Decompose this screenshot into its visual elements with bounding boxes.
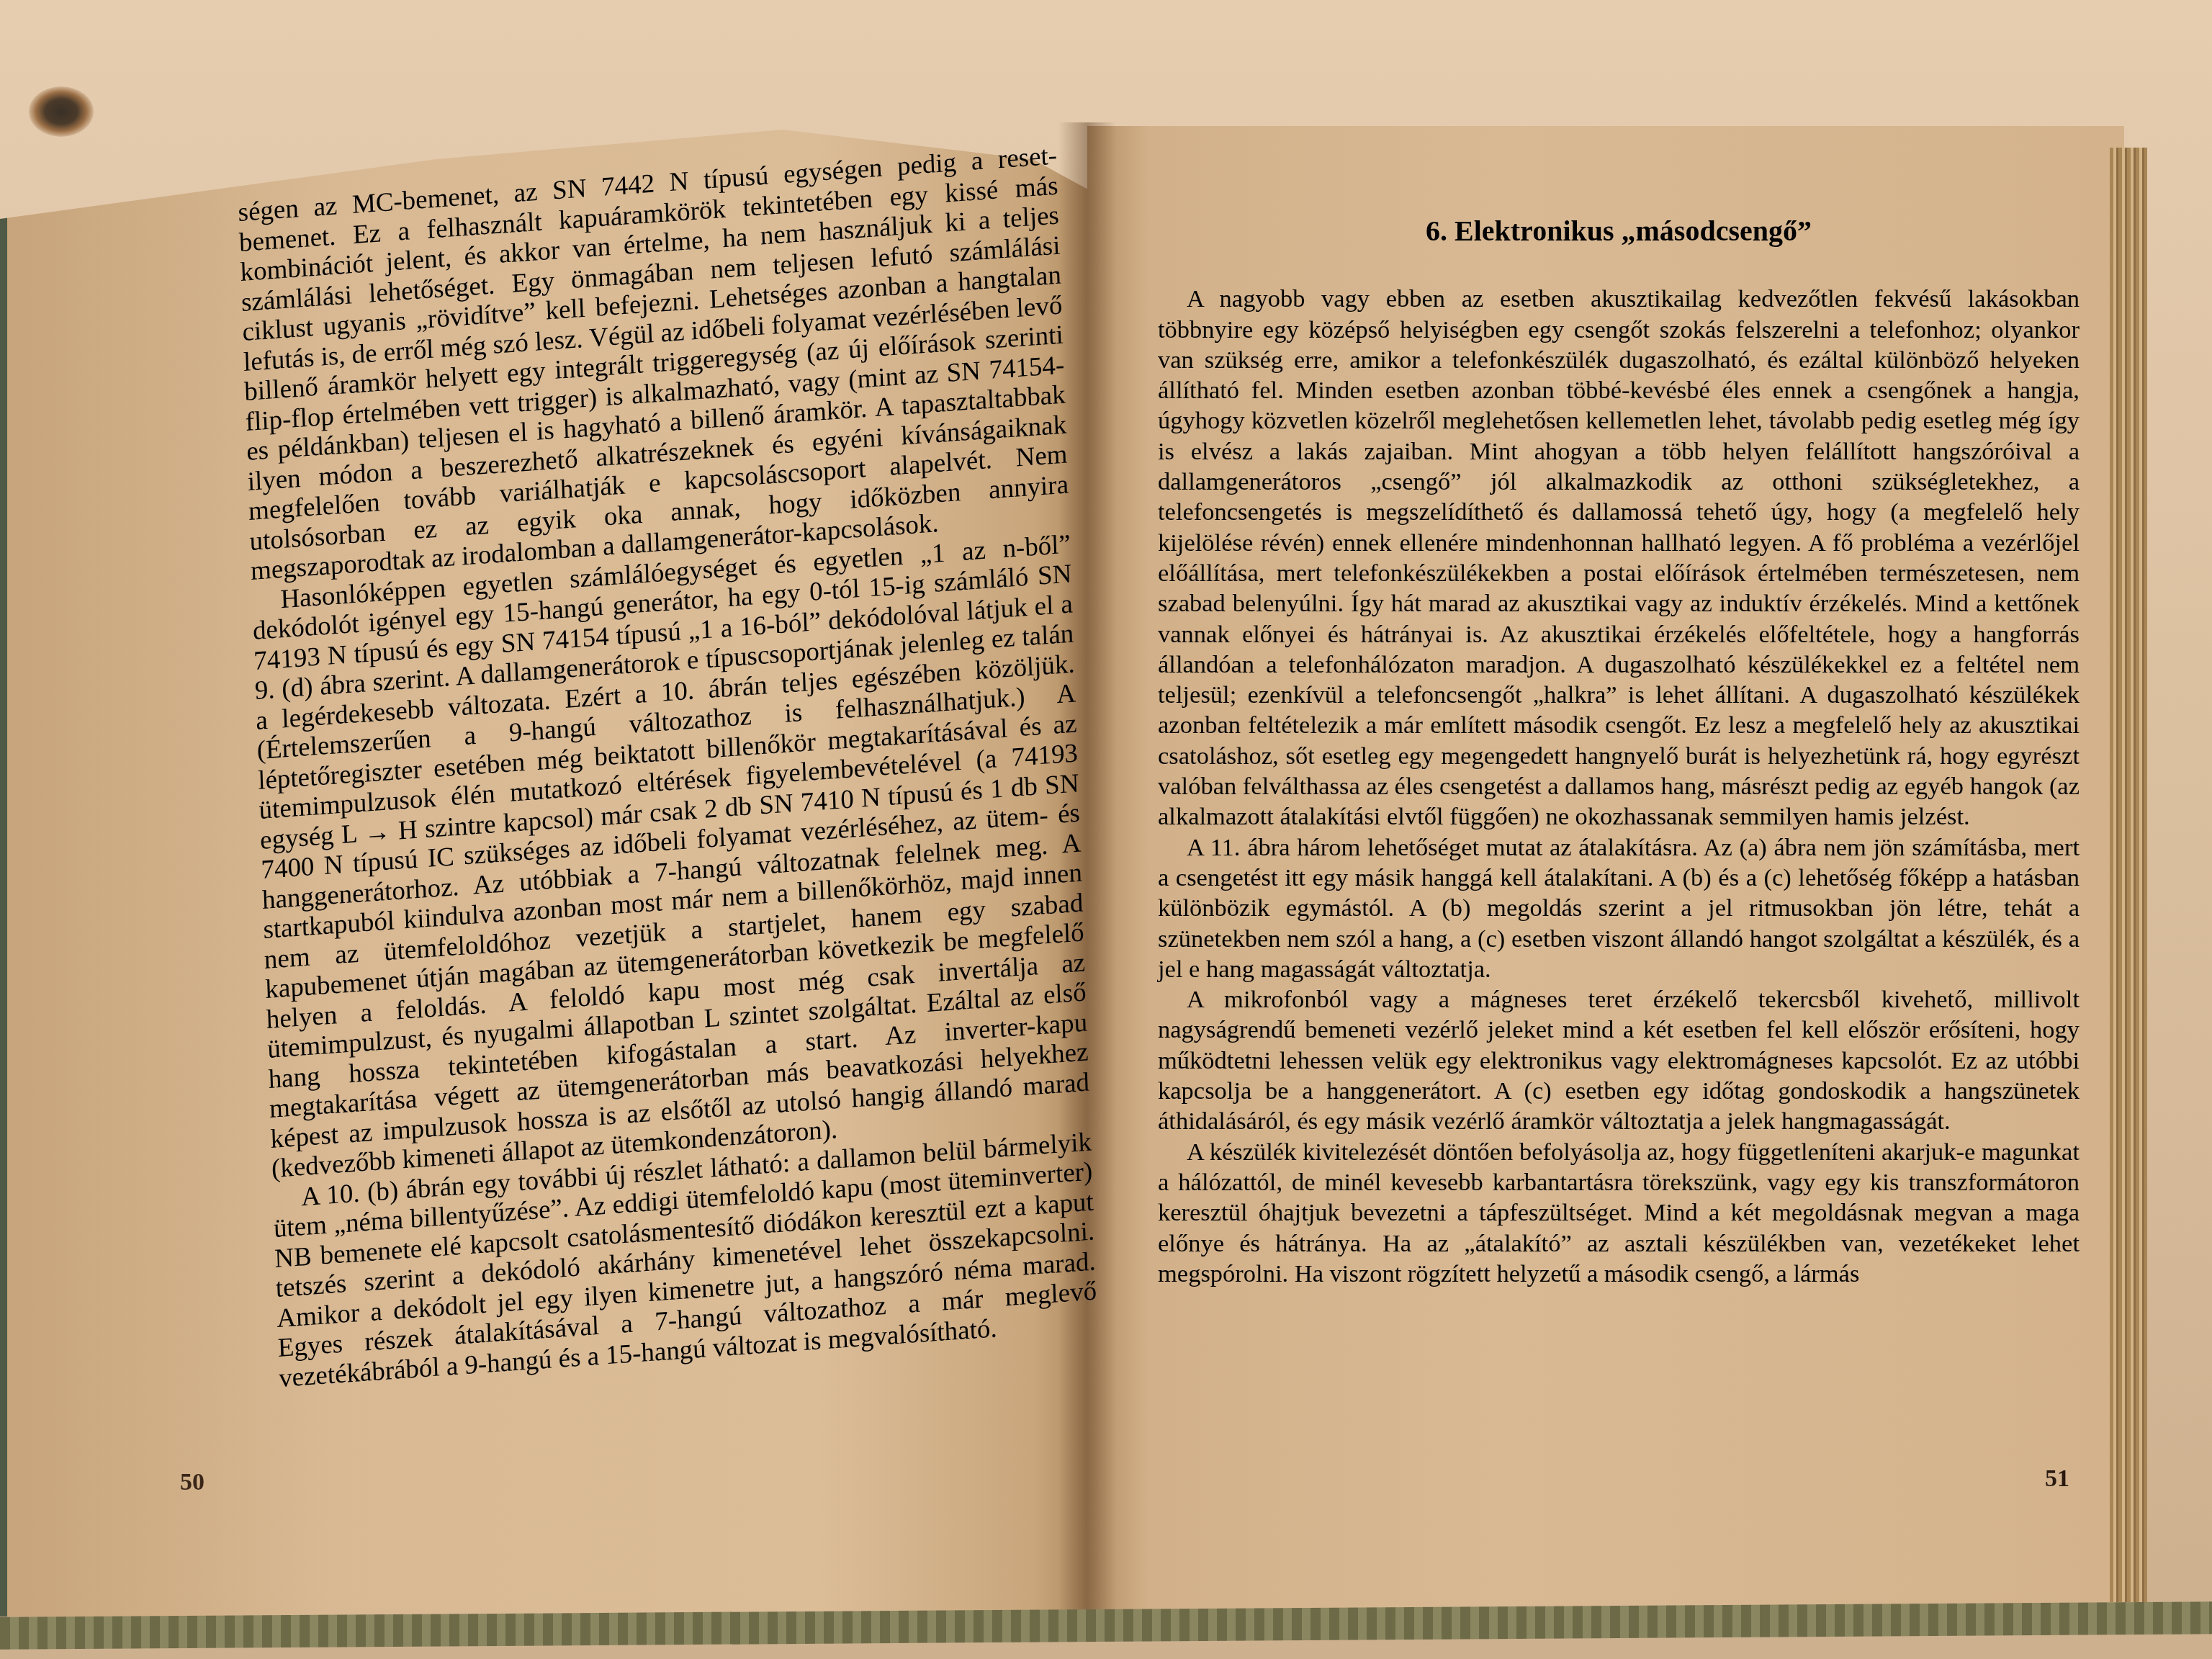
paragraph: A 11. ábra három lehetőséget mutat az át…	[1158, 832, 2080, 984]
page-number-left: 50	[180, 1469, 204, 1496]
paragraph: A mikrofonból vagy a mágneses teret érzé…	[1158, 984, 2080, 1136]
page-edges	[2110, 148, 2147, 1602]
chapter-title: 6. Elektronikus „másodcsengő”	[1158, 216, 2080, 246]
left-page-text: ségen az MC-bemenet, az SN 7442 N típusú…	[238, 140, 1098, 1393]
paragraph: A készülék kivitelezését döntően befolyá…	[1158, 1137, 2080, 1289]
right-page-text: 6. Elektronikus „másodcsengő” A nagyobb …	[1158, 216, 2080, 1289]
paragraph: ségen az MC-bemenet, az SN 7442 N típusú…	[238, 140, 1070, 586]
page-number-right: 51	[2045, 1465, 2069, 1493]
paragraph: Hasonlóképpen egyetlen számlálóegységet …	[251, 529, 1091, 1184]
open-book: ségen az MC-bemenet, az SN 7442 N típusú…	[0, 0, 2212, 1659]
paragraph: A nagyobb vagy ebben az esetben akusztik…	[1158, 284, 2080, 832]
